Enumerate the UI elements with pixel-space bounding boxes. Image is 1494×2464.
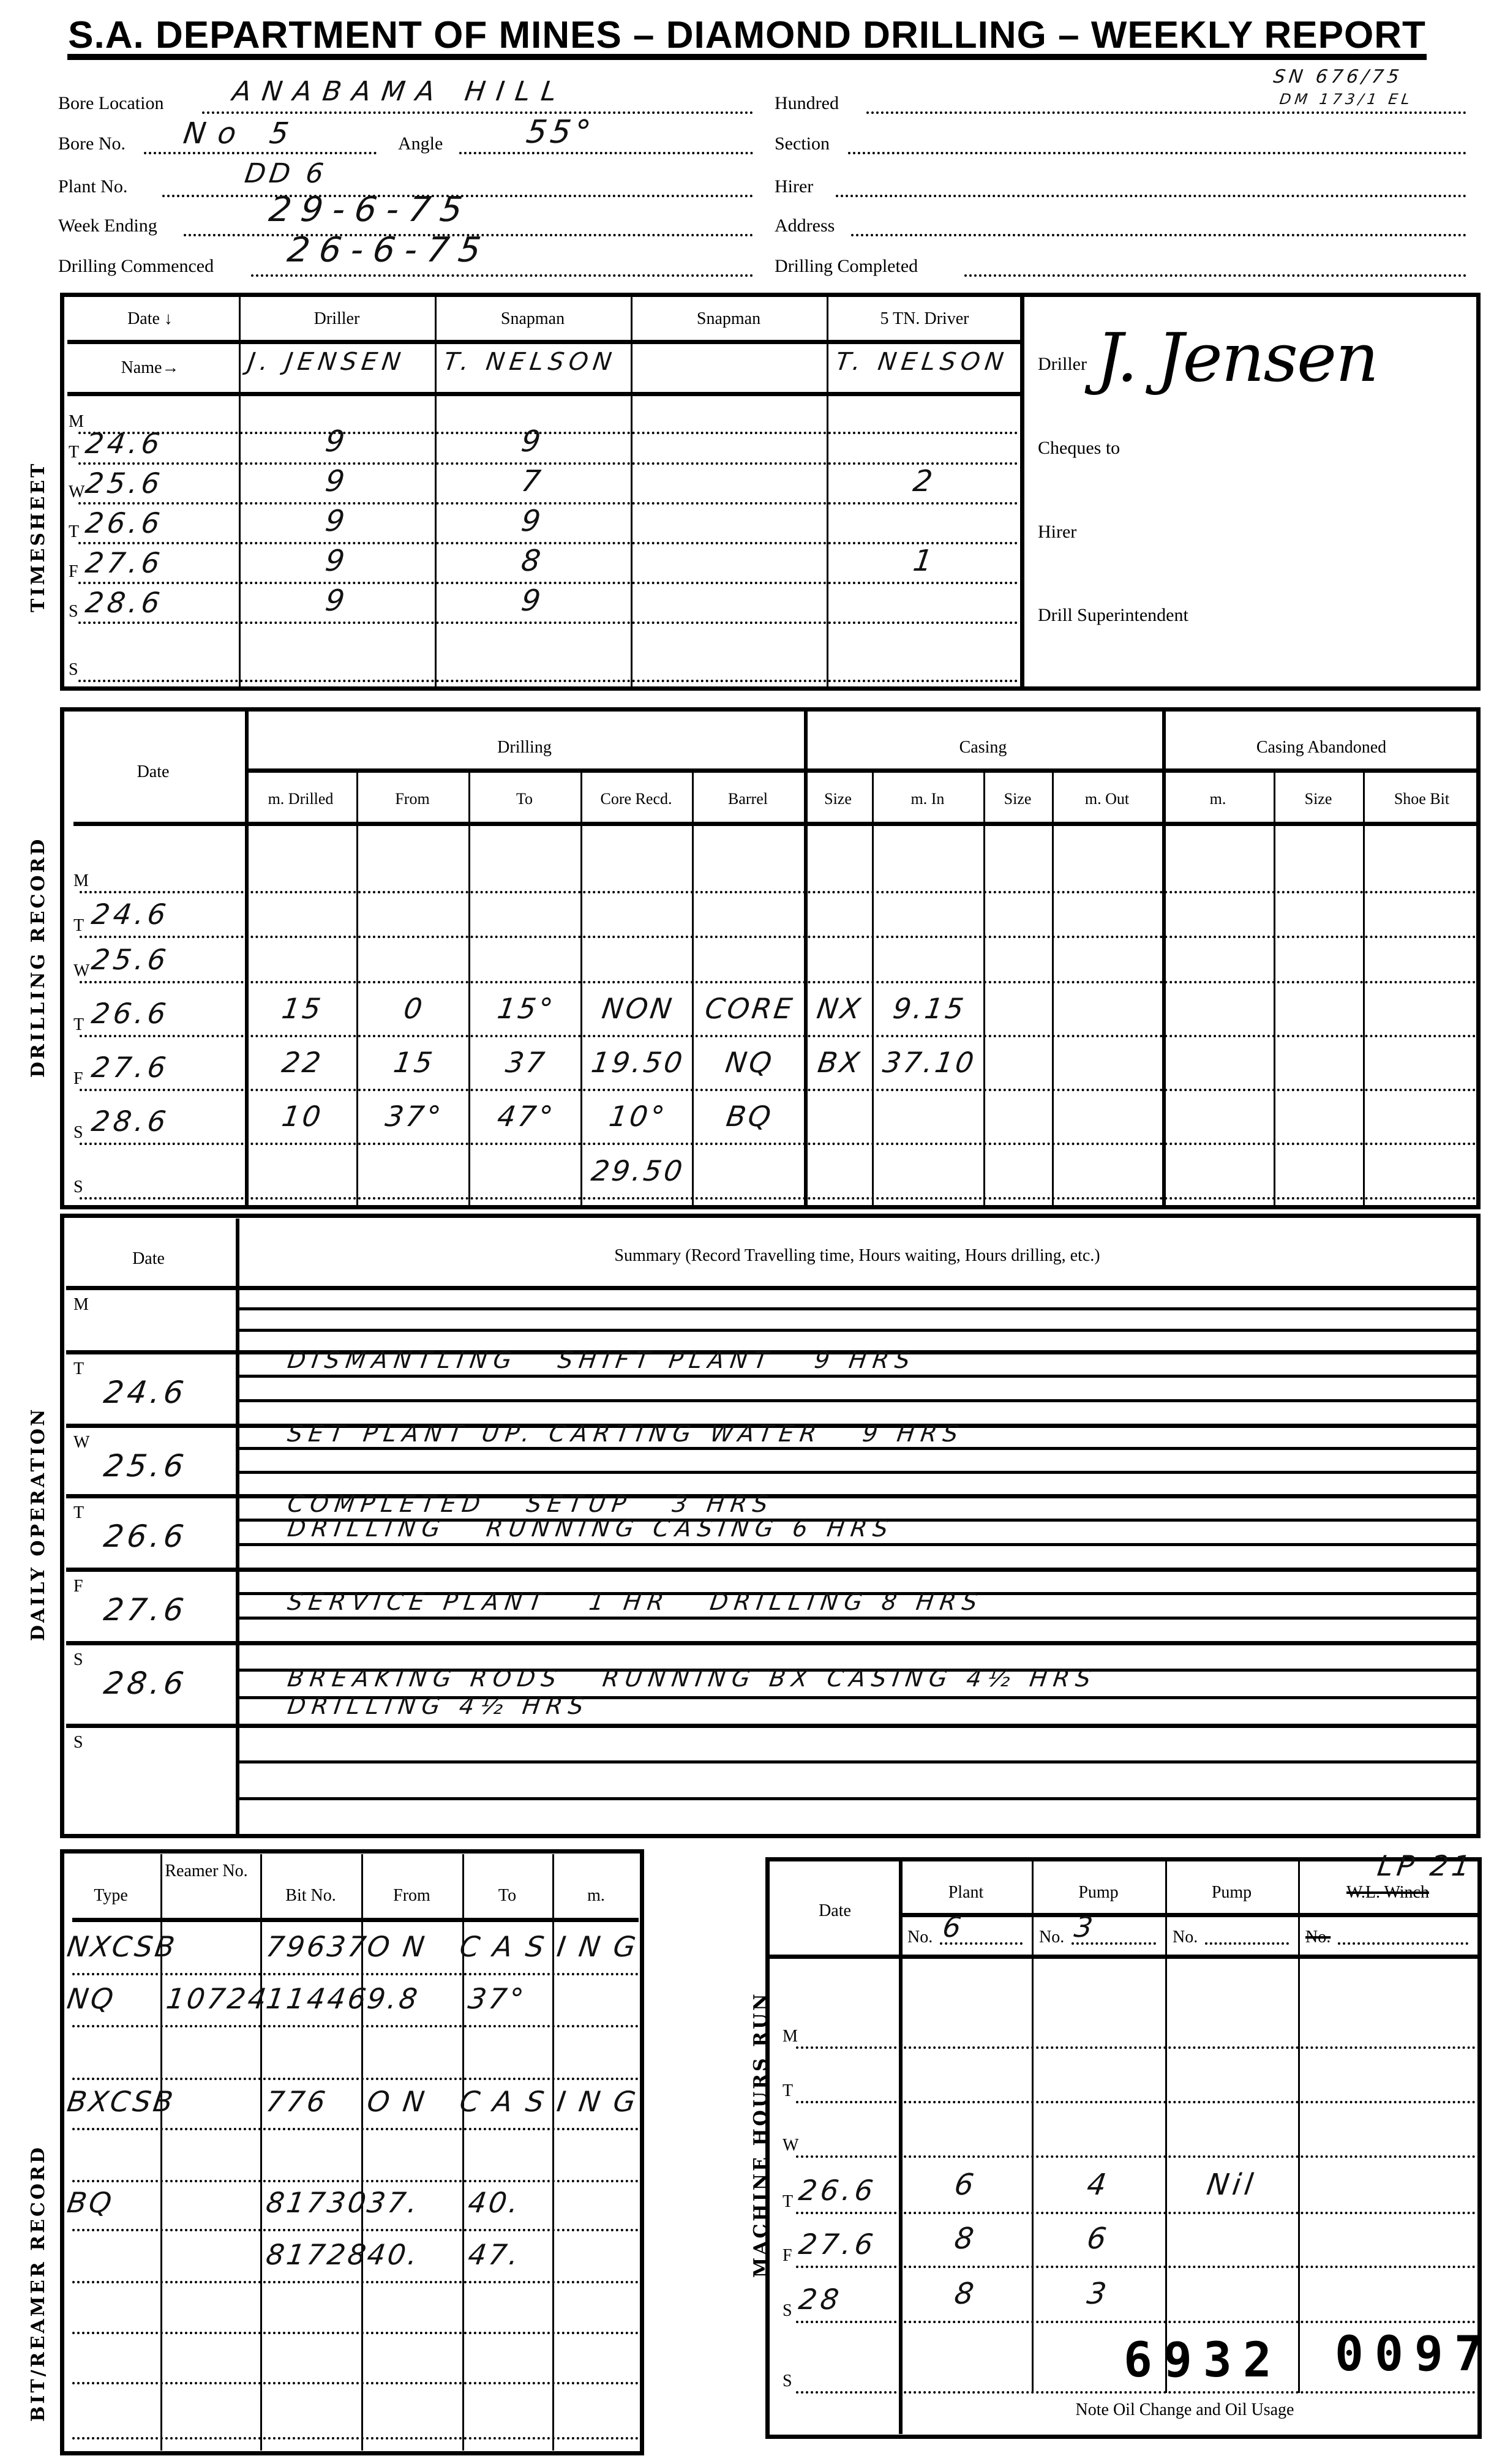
drilling-col-divider: [1274, 768, 1275, 1205]
cheques-to-label: Cheques to: [1038, 438, 1120, 459]
drilling-cell[interactable]: 9.15: [873, 992, 986, 1025]
bore-location-line: [202, 111, 753, 114]
bit-cell[interactable]: 47.: [466, 2238, 555, 2271]
timesheet-person-name[interactable]: J. JENSEN: [246, 348, 407, 376]
machine-no-line: [1205, 1942, 1289, 1945]
hirer-field[interactable]: [836, 195, 1466, 197]
machine-hours-cell[interactable]: 6: [898, 2168, 1034, 2202]
angle-line: [459, 152, 753, 154]
drilling-group-rule: [245, 768, 1477, 773]
drill-superintendent-label: Drill Superintendent: [1038, 605, 1188, 626]
daily-op-ruled-line: [239, 1375, 1477, 1378]
daily-op-date[interactable]: 28.6: [102, 1666, 189, 1701]
drilling-date[interactable]: 25.6: [89, 943, 171, 976]
hirer-signature-label: Hirer: [1038, 522, 1076, 543]
timesheet-day-label: S: [69, 660, 78, 680]
drilling-col-divider: [872, 768, 874, 1205]
daily-op-ruled-line: [239, 1797, 1477, 1800]
machine-day-label: S: [783, 2301, 792, 2321]
bit-row-line: [72, 2382, 639, 2384]
bit-row-line: [72, 2281, 639, 2283]
daily-op-day-label: M: [73, 1295, 89, 1315]
drilling-column-header: Size: [983, 790, 1052, 808]
title-rule: [67, 54, 1427, 60]
daily-operation-section-label: DAILY OPERATION: [28, 1407, 49, 1641]
machine-hours-cell[interactable]: 3: [1029, 2277, 1168, 2311]
bit-cell[interactable]: BQ: [65, 2186, 163, 2219]
drilling-cell[interactable]: 15: [246, 992, 359, 1025]
bit-cell[interactable]: 40.: [365, 2238, 465, 2271]
machine-col-divider: [1032, 1861, 1034, 2393]
daily-op-day-label: T: [73, 1503, 84, 1523]
drilling-day-label: F: [73, 1069, 83, 1089]
daily-op-ruled-line: [239, 1329, 1477, 1332]
drilling-col-divider: [356, 768, 358, 1205]
bit-cell[interactable]: 40.: [466, 2186, 555, 2219]
meter-stamp-2: 0097: [1335, 2327, 1494, 2382]
drilling-day-label: T: [73, 916, 84, 936]
timesheet-column-header: Date ↓: [61, 309, 239, 329]
drilling-col-divider: [1052, 768, 1054, 1205]
drilling-completed-label: Drilling Completed: [775, 256, 918, 277]
drilling-date[interactable]: 24.6: [89, 898, 171, 931]
bit-row-line: [72, 2332, 639, 2334]
bit-row-line: [72, 2229, 639, 2231]
daily-op-row-rule: [66, 1568, 1477, 1572]
machine-day-label: T: [783, 2192, 793, 2212]
bit-row-line: [72, 2437, 639, 2440]
hundred-label: Hundred: [775, 93, 839, 114]
plant-no-field[interactable]: DD 6: [242, 158, 329, 189]
daily-op-day-label: S: [73, 1650, 83, 1670]
meter-stamp-1: 6932: [1124, 2333, 1283, 2388]
drilling-cell[interactable]: NQ: [693, 1046, 806, 1079]
drilling-row-line: [80, 981, 1477, 983]
bore-no-line: [144, 152, 377, 154]
timesheet-column-header: 5 TN. Driver: [827, 309, 1023, 329]
machine-row-line: [796, 2155, 1476, 2158]
drilling-record-section-label: DRILLING RECORD: [28, 837, 49, 1078]
drilling-column-header: To: [468, 790, 580, 808]
daily-op-date[interactable]: 27.6: [102, 1592, 189, 1628]
drilling-column-header: m. Out: [1052, 790, 1162, 808]
driller-signature: J. Jensen: [1096, 318, 1378, 397]
daily-op-ruled-line: [239, 1760, 1477, 1763]
drilling-col-divider: [983, 768, 985, 1205]
bit-column-header: To: [462, 1886, 552, 1906]
bit-cell[interactable]: 81728: [264, 2238, 364, 2271]
machine-day-label: S: [783, 2372, 792, 2391]
drilling-column-header: m. In: [872, 790, 983, 808]
machine-date[interactable]: 26.6: [797, 2174, 879, 2207]
timesheet-date[interactable]: 26.6: [83, 506, 165, 539]
daily-op-ruled-line: [239, 1617, 1477, 1620]
drilling-completed-field[interactable]: [964, 274, 1466, 277]
timesheet-hours-cell[interactable]: 7: [432, 464, 633, 498]
bit-cell[interactable]: 37°: [466, 1982, 555, 2015]
drilling-cell[interactable]: 19.50: [582, 1046, 694, 1079]
bit-cell[interactable]: NXCSB: [65, 1930, 163, 1963]
drilling-date-header: Date: [61, 762, 245, 782]
machine-no-label: No.: [1039, 1928, 1064, 1947]
daily-op-ruled-line: [239, 1471, 1477, 1474]
daily-op-day-label: W: [73, 1433, 89, 1452]
driller-signature-label: Driller: [1038, 354, 1087, 375]
bit-header-rule: [72, 1918, 639, 1922]
drilling-cell[interactable]: 15°: [470, 992, 583, 1025]
drilling-cell[interactable]: 47°: [470, 1100, 583, 1133]
bit-cell[interactable]: BXCSB: [65, 2085, 163, 2118]
drilling-col-divider: [1363, 768, 1365, 1205]
daily-op-date[interactable]: 24.6: [102, 1375, 189, 1410]
drilling-record-box: [60, 707, 1481, 1209]
bit-row-line: [72, 2180, 639, 2182]
daily-op-day-label: F: [73, 1577, 83, 1596]
timesheet-hours-cell[interactable]: 2: [824, 464, 1025, 498]
machine-col-divider: [1165, 1861, 1167, 2393]
bit-cell[interactable]: ON CASING: [365, 2085, 651, 2118]
machine-day-label: M: [783, 2027, 798, 2046]
bit-row-line: [72, 1973, 639, 1975]
machine-date[interactable]: 27.6: [797, 2228, 879, 2261]
drilling-cell[interactable]: 29.50: [582, 1154, 694, 1187]
machine-day-label: F: [783, 2246, 792, 2266]
timesheet-column-header: Driller: [239, 309, 435, 329]
drilling-cell[interactable]: 37: [470, 1046, 583, 1079]
machine-date[interactable]: 28: [797, 2283, 844, 2316]
machine-hours-cell[interactable]: 8: [898, 2222, 1034, 2256]
machine-date-divider: [899, 1861, 903, 2434]
daily-op-summary-text[interactable]: SERVICE PLANT 1 HR DRILLING 8 HRS: [286, 1588, 985, 1615]
drilling-column-header: Barrel: [692, 790, 804, 808]
drilling-row-line: [80, 891, 1477, 893]
daily-op-summary-text[interactable]: COMPLETED SETUP 3 HRS: [286, 1490, 776, 1517]
timesheet-day-label: W: [69, 483, 84, 502]
timesheet-day-label: T: [69, 443, 79, 462]
timesheet-column-header: Snapman: [435, 309, 631, 329]
machine-row-line: [796, 2321, 1476, 2323]
drilling-group-divider: [1162, 712, 1166, 1205]
timesheet-hours-cell[interactable]: 9: [236, 584, 437, 618]
timesheet-hours-cell[interactable]: 8: [432, 544, 633, 578]
drilling-cell[interactable]: 10: [246, 1100, 359, 1133]
bit-cell[interactable]: 79637: [264, 1930, 364, 1963]
bit-cell[interactable]: 9.8: [365, 1982, 465, 2015]
timesheet-date[interactable]: 25.6: [83, 467, 165, 500]
timesheet-person-name[interactable]: T. NELSON: [442, 348, 618, 376]
timesheet-hours-cell[interactable]: 9: [236, 464, 437, 498]
report-title: S.A. DEPARTMENT OF MINES – DIAMOND DRILL…: [67, 13, 1427, 57]
bit-cell[interactable]: ON CASING: [365, 1930, 651, 1963]
machine-hours-cell[interactable]: 4: [1029, 2168, 1168, 2202]
bit-column-header: m.: [552, 1886, 640, 1906]
week-ending-label: Week Ending: [58, 216, 157, 236]
drilling-cell[interactable]: NX: [805, 992, 874, 1025]
daily-op-ruled-line: [239, 1307, 1477, 1310]
drilling-cell[interactable]: 37.10: [873, 1046, 986, 1079]
machine-no-line: [1338, 1942, 1468, 1945]
drilling-date[interactable]: 26.6: [89, 997, 171, 1030]
timesheet-hours-cell[interactable]: 9: [432, 504, 633, 538]
drilling-col-divider: [580, 768, 582, 1205]
bit-cell[interactable]: 81730: [264, 2186, 364, 2219]
machine-day-label: W: [783, 2136, 798, 2155]
drilling-day-label: T: [73, 1015, 84, 1035]
daily-op-date-header: Date: [61, 1249, 236, 1269]
machine-row-line: [796, 2266, 1476, 2268]
timesheet-day-label: M: [69, 412, 84, 432]
bit-col-divider: [260, 1854, 262, 2451]
machine-header-rule: [770, 1955, 1477, 1959]
machine-no-label: No.: [1305, 1928, 1331, 1947]
drilling-cell[interactable]: 10°: [582, 1100, 694, 1133]
bore-location-label: Bore Location: [58, 93, 163, 114]
daily-op-summary-header: Summary (Record Travelling time, Hours w…: [239, 1246, 1476, 1266]
daily-op-day-label: T: [73, 1359, 84, 1379]
machine-column-header: Plant: [900, 1883, 1032, 1902]
machine-day-label: T: [783, 2081, 793, 2101]
timesheet-day-label: S: [69, 602, 78, 622]
machine-no-label: No.: [1173, 1928, 1198, 1947]
reference-sn: SN 676/75: [1272, 66, 1404, 88]
machine-hours-cell[interactable]: 6: [1029, 2222, 1168, 2256]
timesheet-name-row-label: Name→: [61, 358, 239, 378]
timesheet-date[interactable]: 24.6: [83, 427, 165, 460]
drilling-cell[interactable]: NON: [582, 992, 694, 1025]
drilling-commenced-line: [251, 274, 753, 277]
timesheet-section-label: TIMESHEET: [28, 462, 49, 613]
oil-change-note: Note Oil Change and Oil Usage: [1032, 2400, 1338, 2420]
drilling-day-label: W: [73, 961, 89, 981]
drilling-col-divider: [468, 768, 470, 1205]
bit-column-header: Bit No.: [260, 1886, 361, 1906]
angle-label: Angle: [398, 133, 443, 154]
drilling-cell[interactable]: BQ: [693, 1100, 806, 1133]
timesheet-day-label: F: [69, 562, 78, 582]
drilling-date[interactable]: 28.6: [89, 1105, 171, 1138]
timesheet-row-line: [78, 622, 1018, 624]
drilling-commenced-label: Drilling Commenced: [58, 256, 214, 277]
drilling-group-header: Casing Abandoned: [1162, 738, 1481, 757]
machine-column-header: W.L. Winch: [1298, 1883, 1477, 1902]
drilling-date[interactable]: 27.6: [89, 1051, 171, 1084]
bit-row-line: [72, 2025, 639, 2027]
machine-date-header: Date: [770, 1901, 900, 1921]
daily-op-summary-text[interactable]: SET PLANT UP. CARTING WATER 9 HRS: [286, 1420, 966, 1447]
timesheet-hours-cell[interactable]: 9: [236, 544, 437, 578]
daily-op-summary-text[interactable]: DRILLING 4½ HRS: [286, 1692, 591, 1719]
drilling-row-line: [80, 1035, 1477, 1037]
drilling-cell[interactable]: 0: [358, 992, 471, 1025]
timesheet-hours-cell[interactable]: 9: [432, 424, 633, 459]
timesheet-header-rule: [67, 340, 1020, 344]
bit-row-line: [72, 2128, 639, 2130]
bit-row-line: [72, 2078, 639, 2080]
machine-column-header: Pump: [1032, 1883, 1165, 1902]
daily-op-day-label: S: [73, 1733, 83, 1752]
bore-location-field[interactable]: ANABAMA HILL: [230, 76, 569, 107]
machine-hours-cell[interactable]: Nil: [1163, 2168, 1301, 2202]
daily-op-summary-text[interactable]: BREAKING RODS RUNNING BX CASING 4½ HRS: [286, 1665, 1098, 1692]
machine-hours-cell[interactable]: 8: [898, 2277, 1034, 2311]
timesheet-date[interactable]: 27.6: [83, 546, 165, 579]
drilling-row-line: [80, 1197, 1477, 1200]
daily-op-ruled-line: [239, 1399, 1477, 1402]
drilling-cell[interactable]: BX: [805, 1046, 874, 1079]
drilling-col-divider: [692, 768, 694, 1205]
timesheet-hours-cell[interactable]: 9: [236, 504, 437, 538]
daily-op-date[interactable]: 26.6: [102, 1519, 189, 1554]
timesheet-hours-cell[interactable]: 9: [432, 584, 633, 618]
drilling-header-rule: [73, 822, 1477, 826]
drilling-column-header: Size: [1274, 790, 1363, 808]
machine-column-override[interactable]: LP 21: [1375, 1849, 1476, 1882]
drilling-group-divider: [804, 712, 808, 1205]
drilling-cell[interactable]: 37°: [358, 1100, 471, 1133]
drilling-row-line: [80, 936, 1477, 938]
drilling-cell[interactable]: 22: [246, 1046, 359, 1079]
daily-op-summary-text[interactable]: DISMANTLING SHIFT PLANT 9 HRS: [286, 1347, 918, 1373]
timesheet-day-label: T: [69, 522, 79, 542]
week-ending-field[interactable]: 29-6-75: [266, 190, 475, 230]
drilling-column-header: Size: [804, 790, 872, 808]
timesheet-date[interactable]: 28.6: [83, 586, 165, 619]
timesheet-person-name[interactable]: T. NELSON: [834, 348, 1010, 376]
machine-col-divider: [1298, 1861, 1300, 2393]
daily-op-ruled-line: [239, 1543, 1477, 1546]
bit-column-header: Type: [61, 1886, 160, 1906]
timesheet-column-header: Snapman: [631, 309, 827, 329]
bit-cell[interactable]: 37.: [365, 2186, 465, 2219]
address-field[interactable]: [851, 234, 1466, 236]
machine-row-line: [796, 2391, 1476, 2394]
machine-column-header: Pump: [1165, 1883, 1298, 1902]
bit-column-header: From: [361, 1886, 462, 1906]
reference-dm: DM 173/1 EL: [1278, 91, 1414, 108]
bit-column-header: Reamer No.: [160, 1861, 252, 1881]
machine-row-line: [796, 2212, 1476, 2214]
plant-no-label: Plant No.: [58, 176, 127, 197]
angle-field[interactable]: 55°: [524, 114, 597, 151]
drilling-column-header: m. Drilled: [245, 790, 356, 808]
drilling-day-label: M: [73, 871, 89, 891]
section-label: Section: [775, 133, 830, 154]
bit-cell[interactable]: 10724: [164, 1982, 263, 2015]
machine-row-line: [796, 2046, 1476, 2049]
drilling-day-label: S: [73, 1178, 83, 1197]
daily-op-summary-text[interactable]: DRILLING RUNNING CASING 6 HRS: [286, 1515, 896, 1542]
machine-row-line: [796, 2101, 1476, 2103]
timesheet-hours-cell[interactable]: 1: [824, 544, 1025, 578]
drilling-cell[interactable]: 15: [358, 1046, 471, 1079]
daily-op-date[interactable]: 25.6: [102, 1448, 189, 1484]
daily-op-row-rule: [66, 1724, 1477, 1728]
daily-op-ruled-line: [239, 1447, 1477, 1450]
drilling-column-header: Core Recd.: [580, 790, 692, 808]
drilling-day-label: S: [73, 1123, 83, 1143]
drilling-column-header: Shoe Bit: [1363, 790, 1481, 808]
daily-op-row-rule: [66, 1286, 1477, 1290]
section-field[interactable]: [848, 152, 1466, 154]
drilling-group-header: Casing: [804, 738, 1162, 757]
timesheet-hours-cell[interactable]: 9: [236, 424, 437, 459]
drilling-cell[interactable]: CORE: [693, 992, 806, 1025]
daily-op-row-rule: [66, 1641, 1477, 1645]
drilling-group-header: Drilling: [245, 738, 804, 757]
timesheet-col-divider: [631, 297, 633, 687]
timesheet-name-rule: [67, 392, 1020, 396]
address-label: Address: [775, 216, 835, 236]
bit-cell[interactable]: 776: [264, 2085, 364, 2118]
bit-cell[interactable]: 11446: [264, 1982, 364, 2015]
machine-no-label: No.: [907, 1928, 933, 1947]
drilling-row-line: [80, 1089, 1477, 1091]
drilling-row-line: [80, 1143, 1477, 1145]
drilling-commenced-field[interactable]: 26-6-75: [285, 230, 493, 270]
timesheet-row-line: [78, 680, 1018, 682]
daily-op-date-divider: [236, 1219, 239, 1834]
drilling-column-header: m.: [1162, 790, 1274, 808]
hundred-field[interactable]: [866, 111, 1466, 114]
hirer-label: Hirer: [775, 176, 813, 197]
bit-cell[interactable]: NQ: [65, 1982, 163, 2015]
machine-group-rule: [900, 1913, 1477, 1917]
drilling-column-header: From: [356, 790, 468, 808]
bore-no-field[interactable]: No 5: [181, 116, 303, 151]
bit-reamer-section-label: BIT/REAMER RECORD: [28, 2145, 49, 2422]
bore-no-label: Bore No.: [58, 133, 126, 154]
